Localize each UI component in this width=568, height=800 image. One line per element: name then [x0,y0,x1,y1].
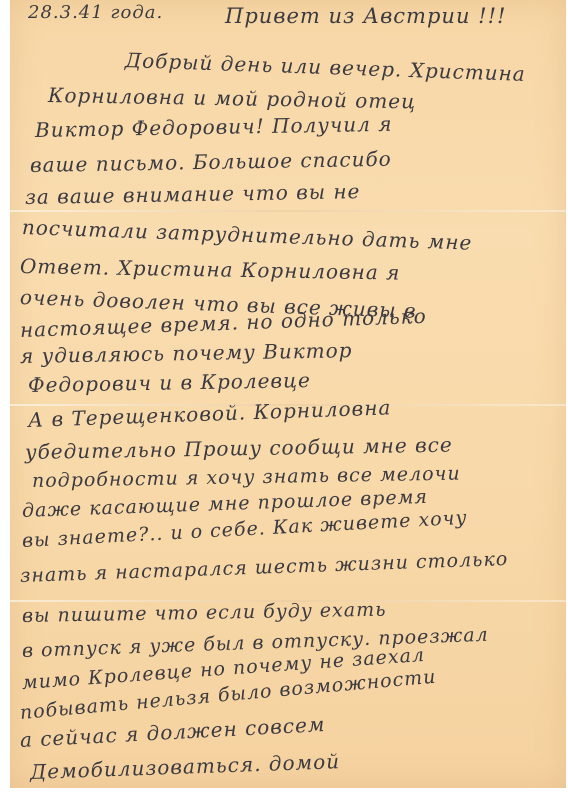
letter-line: ваше письмо. Большое спасибо [30,147,392,177]
letter-line: я удивляюсь почему Виктор [20,338,353,368]
letter-line: Корниловна и мой родной отец [48,83,416,113]
letter-line: Федорович и в Кролевце [28,368,311,397]
letter-line: А в Терещенковой. Корниловна [28,395,392,432]
letter-line: убедительно Прошу сообщи мне все [25,433,453,464]
letter-line: Виктор Федорович! Получил я [35,112,393,142]
letter-page: 28.3.41 года. Привет из Австрии !!! Добр… [10,0,566,788]
letter-line: вы пишите что если буду ехать [22,599,387,627]
letter-line: Ответ. Христина Корниловна я [20,254,401,285]
fold-line [10,210,566,212]
letter-greeting: Привет из Австрии !!! [225,4,506,28]
letter-line: посчитали затруднительно дать мне [22,215,473,255]
letter-line: знать я настарался шесть жизни столько [20,548,509,587]
letter-date: 28.3.41 года. [28,2,163,23]
letter-line: за ваше внимание что вы не [25,179,361,209]
letter-line: Добрый день или вечер. Христина [125,48,527,86]
letter-line: Демобилизоваться. домой [30,749,341,784]
